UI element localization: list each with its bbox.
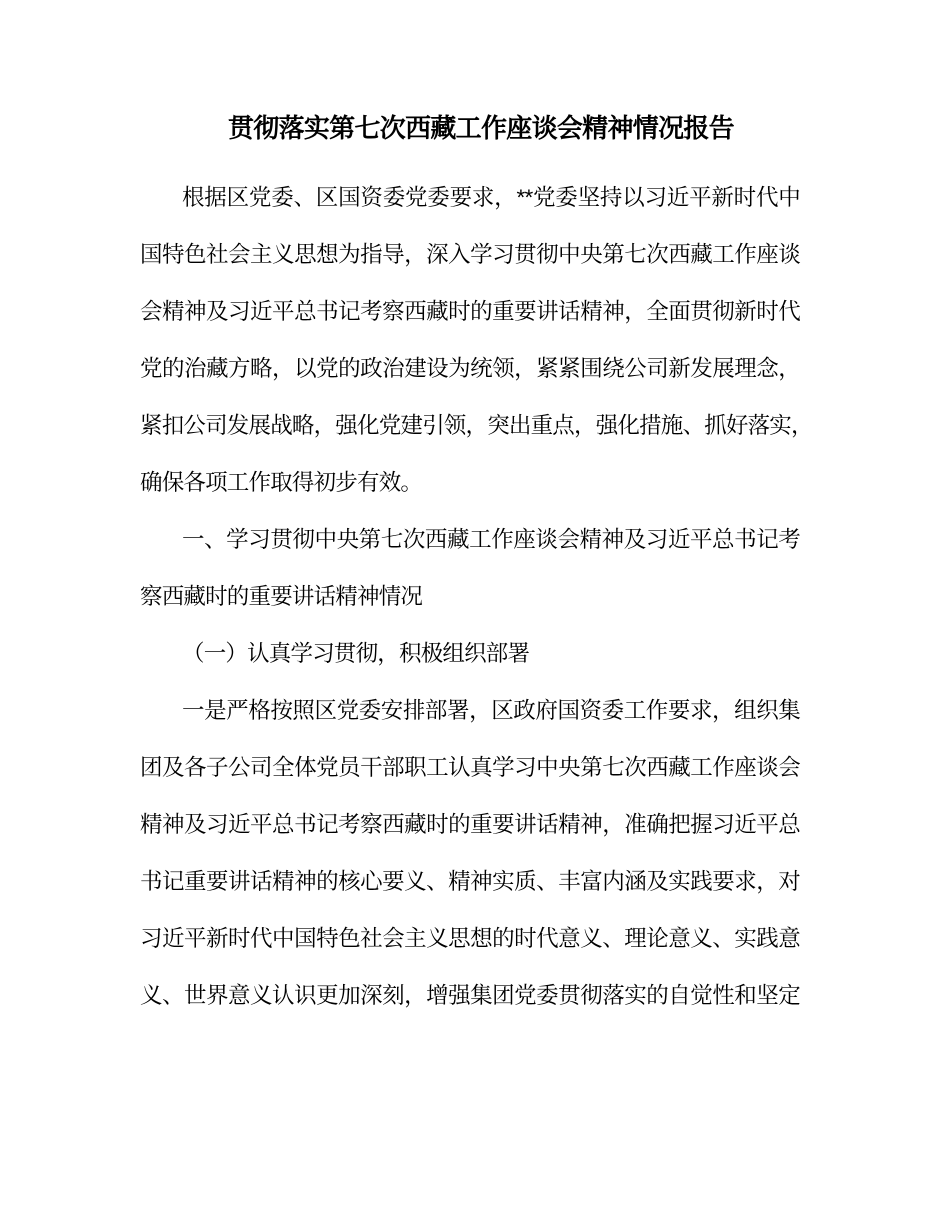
text-line: 党的治藏方略，以党的政治建设为统领，紧紧围绕公司新发展理念， [140, 340, 800, 397]
text-line: 会精神及习近平总书记考察西藏时的重要讲话精神，全面贯彻新时代 [140, 283, 800, 340]
text-line: 团及各子公司全体党员干部职工认真学习中央第七次西藏工作座谈会 [140, 739, 800, 796]
text-line: 精神及习近平总书记考察西藏时的重要讲话精神，准确把握习近平总 [140, 796, 800, 853]
paragraph-intro: 根据区党委、区国资委党委要求，**党委坚持以习近平新时代中 国特色社会主义思想为… [140, 169, 800, 511]
text-line: 一是严格按照区党委安排部署，区政府国资委工作要求，组织集 [140, 682, 800, 739]
text-line: 义、世界意义认识更加深刻，增强集团党委贯彻落实的自觉性和坚定 [140, 967, 800, 1024]
text-line: 确保各项工作取得初步有效。 [140, 454, 800, 511]
text-line: 国特色社会主义思想为指导，深入学习贯彻中央第七次西藏工作座谈 [140, 226, 800, 283]
document-title: 贯彻落实第七次西藏工作座谈会精神情况报告 [151, 100, 811, 157]
text-line: 察西藏时的重要讲话精神情况 [140, 568, 800, 625]
text-line: 习近平新时代中国特色社会主义思想的时代意义、理论意义、实践意 [140, 910, 800, 967]
section-heading: 一、学习贯彻中央第七次西藏工作座谈会精神及习近平总书记考 察西藏时的重要讲话精神… [140, 511, 800, 625]
text-line: （一）认真学习贯彻，积极组织部署 [140, 625, 800, 682]
text-line: 一、学习贯彻中央第七次西藏工作座谈会精神及习近平总书记考 [140, 511, 800, 568]
text-line: 书记重要讲话精神的核心要义、精神实质、丰富内涵及实践要求，对 [140, 853, 800, 910]
text-line: 紧扣公司发展战略，强化党建引领，突出重点，强化措施、抓好落实， [140, 397, 800, 454]
paragraph-learning: 一是严格按照区党委安排部署，区政府国资委工作要求，组织集 团及各子公司全体党员干… [140, 682, 800, 1024]
sub-heading: （一）认真学习贯彻，积极组织部署 [140, 625, 800, 682]
document-page: 贯彻落实第七次西藏工作座谈会精神情况报告 根据区党委、区国资委党委要求，**党委… [0, 0, 950, 1230]
document-content: 贯彻落实第七次西藏工作座谈会精神情况报告 根据区党委、区国资委党委要求，**党委… [140, 100, 800, 1024]
text-line: 根据区党委、区国资委党委要求，**党委坚持以习近平新时代中 [140, 169, 800, 226]
